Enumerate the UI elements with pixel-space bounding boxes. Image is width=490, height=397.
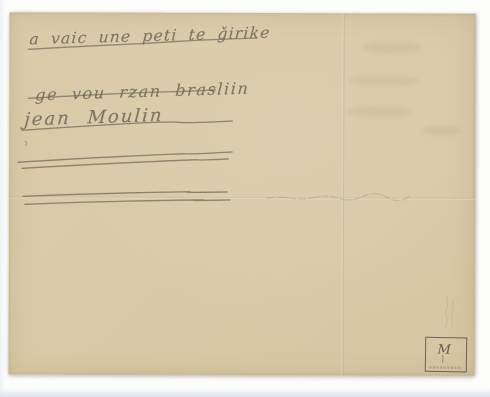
pencil-rule-lines	[8, 12, 475, 375]
bleedthrough-smudge	[361, 41, 421, 53]
stamp-frame: M	[424, 336, 469, 374]
stamp-monogram: M	[436, 342, 451, 357]
bleedthrough-smudge	[349, 75, 419, 86]
bleedthrough-smudge	[421, 126, 461, 136]
scan-canvas: a vaic une peti te ǧirike ge vou rzan br…	[0, 0, 490, 397]
handwritten-line-3: jean Moulin	[23, 105, 164, 130]
scanner-edge-bottom	[0, 388, 490, 397]
scanner-edge-left	[0, 0, 6, 397]
scanned-letter-sheet: a vaic une peti te ǧirike ge vou rzan br…	[8, 12, 475, 375]
bleedthrough-smudge	[345, 105, 411, 117]
archive-stamp: M	[424, 336, 469, 374]
